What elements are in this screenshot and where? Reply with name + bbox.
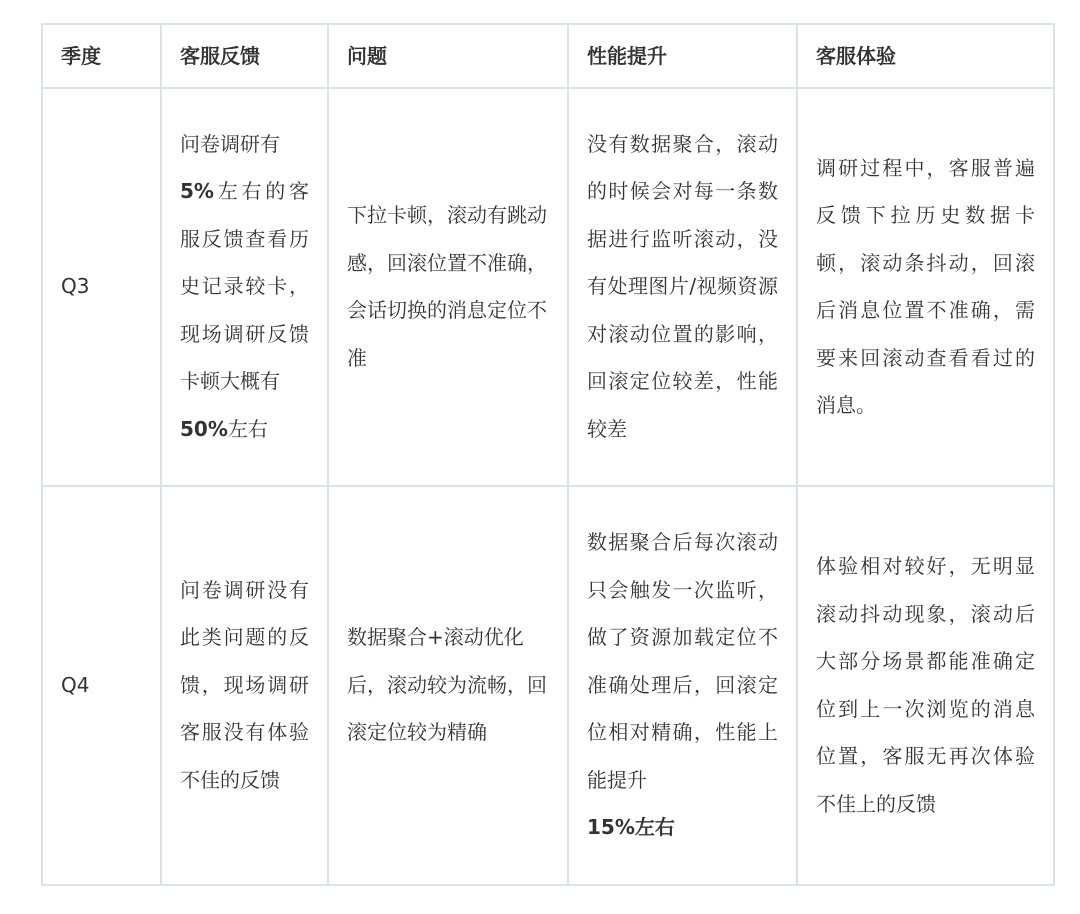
header-feedback: 客服反馈 [161,24,328,88]
header-problem: 问题 [328,24,568,88]
performance-highlight: 15%左右 [587,815,675,839]
performance-text: 数据聚合后每次滚动只会触发一次监听，做了资源加载定位不准确处理后，回滚定位相对精… [587,530,778,792]
feedback-highlight: 5% [180,179,214,203]
cell-experience: 调研过程中，客服普遍反馈下拉历史数据卡顿，滚动条抖动，回滚后消息位置不准确，需要… [797,88,1054,486]
cell-quarter: Q4 [42,486,161,885]
table-header-row: 季度 客服反馈 问题 性能提升 客服体验 [42,24,1054,88]
cell-quarter: Q3 [42,88,161,486]
header-performance: 性能提升 [568,24,797,88]
header-experience: 客服体验 [797,24,1054,88]
cell-problem: 数据聚合+滚动优化后，滚动较为流畅，回滚定位较为精确 [328,486,568,885]
cell-feedback: 问卷调研没有此类问题的反馈，现场调研客服没有体验不佳的反馈 [161,486,328,885]
cell-performance: 没有数据聚合，滚动的时候会对每一条数据进行监听滚动，没有处理图片/视频资源对滚动… [568,88,797,486]
cell-feedback: 问卷调研有5%左右的客服反馈查看历史记录较卡，现场调研反馈卡顿大概有50%左右 [161,88,328,486]
table-row: Q4 问卷调研没有此类问题的反馈，现场调研客服没有体验不佳的反馈 数据聚合+滚动… [42,486,1054,885]
feedback-text: 左右的客服反馈查看历史记录较卡，现场调研反馈卡顿大概有 [180,179,309,393]
cell-problem: 下拉卡顿，滚动有跳动感，回滚位置不准确，会话切换的消息定位不准 [328,88,568,486]
cell-performance: 数据聚合后每次滚动只会触发一次监听，做了资源加载定位不准确处理后，回滚定位相对精… [568,486,797,885]
header-quarter: 季度 [42,24,161,88]
feedback-text: 左右 [228,417,268,441]
comparison-table-container: 季度 客服反馈 问题 性能提升 客服体验 Q3 问卷调研有5%左右的客服反馈查看… [41,23,1055,886]
table-row: Q3 问卷调研有5%左右的客服反馈查看历史记录较卡，现场调研反馈卡顿大概有50%… [42,88,1054,486]
cell-experience: 体验相对较好，无明显滚动抖动现象，滚动后大部分场景都能准确定位到上一次浏览的消息… [797,486,1054,885]
comparison-table: 季度 客服反馈 问题 性能提升 客服体验 Q3 问卷调研有5%左右的客服反馈查看… [41,23,1055,886]
feedback-highlight: 50% [180,417,228,441]
feedback-text: 问卷调研有 [180,132,280,156]
